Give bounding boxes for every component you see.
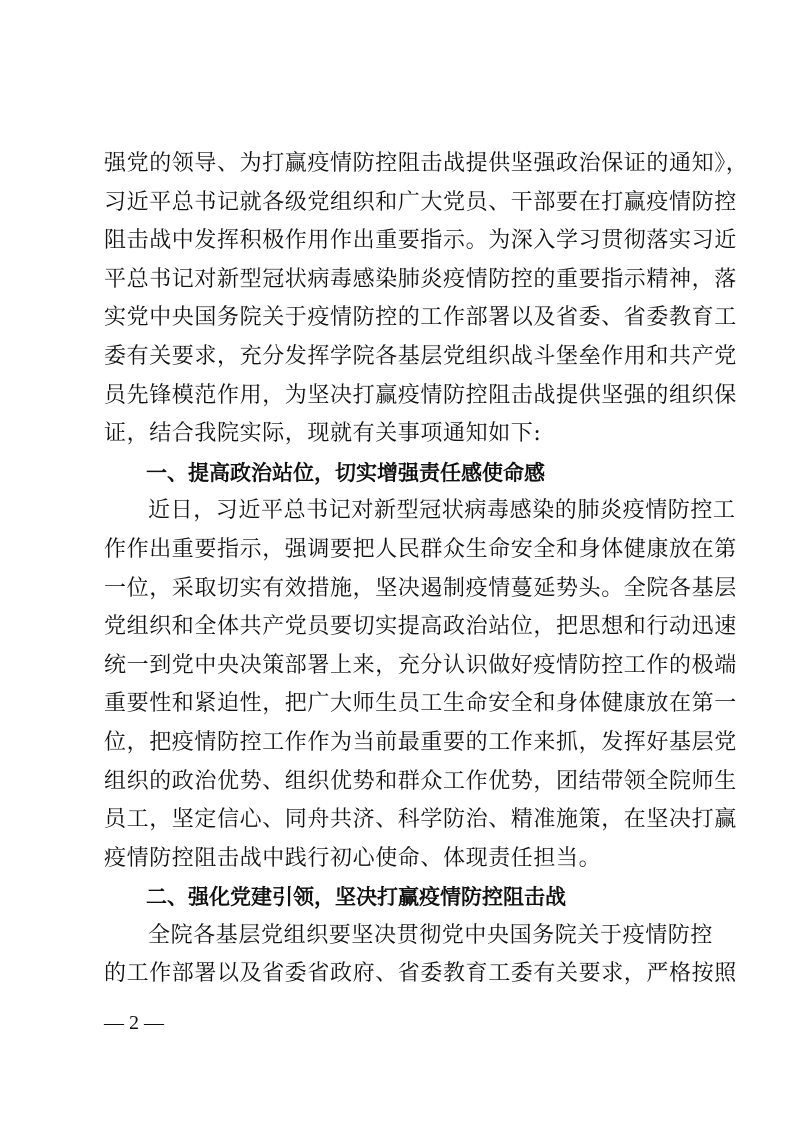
text-line: 近日，习近平总书记对新型冠状病毒感染的肺炎疫情防控工 bbox=[104, 492, 694, 531]
text-line: 员工，坚定信心、同舟共济、科学防治、精准施策，在坚决打赢 bbox=[104, 801, 694, 840]
text-line: 党组织和全体共产党员要切实提高政治站位，把思想和行动迅速 bbox=[104, 608, 694, 647]
document-page: 强党的领导、为打赢疫情防控阻击战提供坚强政治保证的通知》， 习近平总书记就各级党… bbox=[0, 0, 793, 1122]
text-line: 强党的领导、为打赢疫情防控阻击战提供坚强政治保证的通知》， bbox=[104, 145, 694, 184]
text-line: 重要性和紧迫性，把广大师生员工生命安全和身体健康放在第一 bbox=[104, 685, 694, 724]
text-line: 组织的政治优势、组织优势和群众工作优势，团结带领全院师生 bbox=[104, 763, 694, 802]
text-line: 员先锋模范作用，为坚决打赢疫情防控阻击战提供坚强的组织保 bbox=[104, 377, 694, 416]
text-line: 位，把疫情防控工作作为当前最重要的工作来抓，发挥好基层党 bbox=[104, 724, 694, 763]
text-line: 实党中央国务院关于疫情防控的工作部署以及省委、省委教育工 bbox=[104, 299, 694, 338]
text-line: 习近平总书记就各级党组织和广大党员、干部要在打赢疫情防控 bbox=[104, 184, 694, 223]
page-number: — 2 — bbox=[104, 1012, 164, 1035]
text-line: 的工作部署以及省委省政府、省委教育工委有关要求，严格按照 bbox=[104, 955, 694, 994]
text-line: 委有关要求，充分发挥学院各基层党组织战斗堡垒作用和共产党 bbox=[104, 338, 694, 377]
text-line: 全院各基层党组织要坚决贯彻党中央国务院关于疫情防控 bbox=[104, 917, 694, 956]
text-line: 作作出重要指示，强调要把人民群众生命安全和身体健康放在第 bbox=[104, 531, 694, 570]
text-line: 证，结合我院实际，现就有关事项通知如下: bbox=[104, 415, 694, 454]
text-line: 疫情防控阻击战中践行初心使命、体现责任担当。 bbox=[104, 840, 694, 879]
text-line: 统一到党中央决策部署上来，充分认识做好疫情防控工作的极端 bbox=[104, 647, 694, 686]
text-line: 一位，采取切实有效措施，坚决遏制疫情蔓延势头。全院各基层 bbox=[104, 570, 694, 609]
text-line: 阻击战中发挥积极作用作出重要指示。为深入学习贯彻落实习近 bbox=[104, 222, 694, 261]
text-line: 平总书记对新型冠状病毒感染肺炎疫情防控的重要指示精神，落 bbox=[104, 261, 694, 300]
section-heading-2: 二、强化党建引领，坚决打赢疫情防控阻击战 bbox=[104, 878, 694, 917]
document-body: 强党的领导、为打赢疫情防控阻击战提供坚强政治保证的通知》， 习近平总书记就各级党… bbox=[104, 145, 694, 994]
section-heading-1: 一、提高政治站位，切实增强责任感使命感 bbox=[104, 454, 694, 493]
